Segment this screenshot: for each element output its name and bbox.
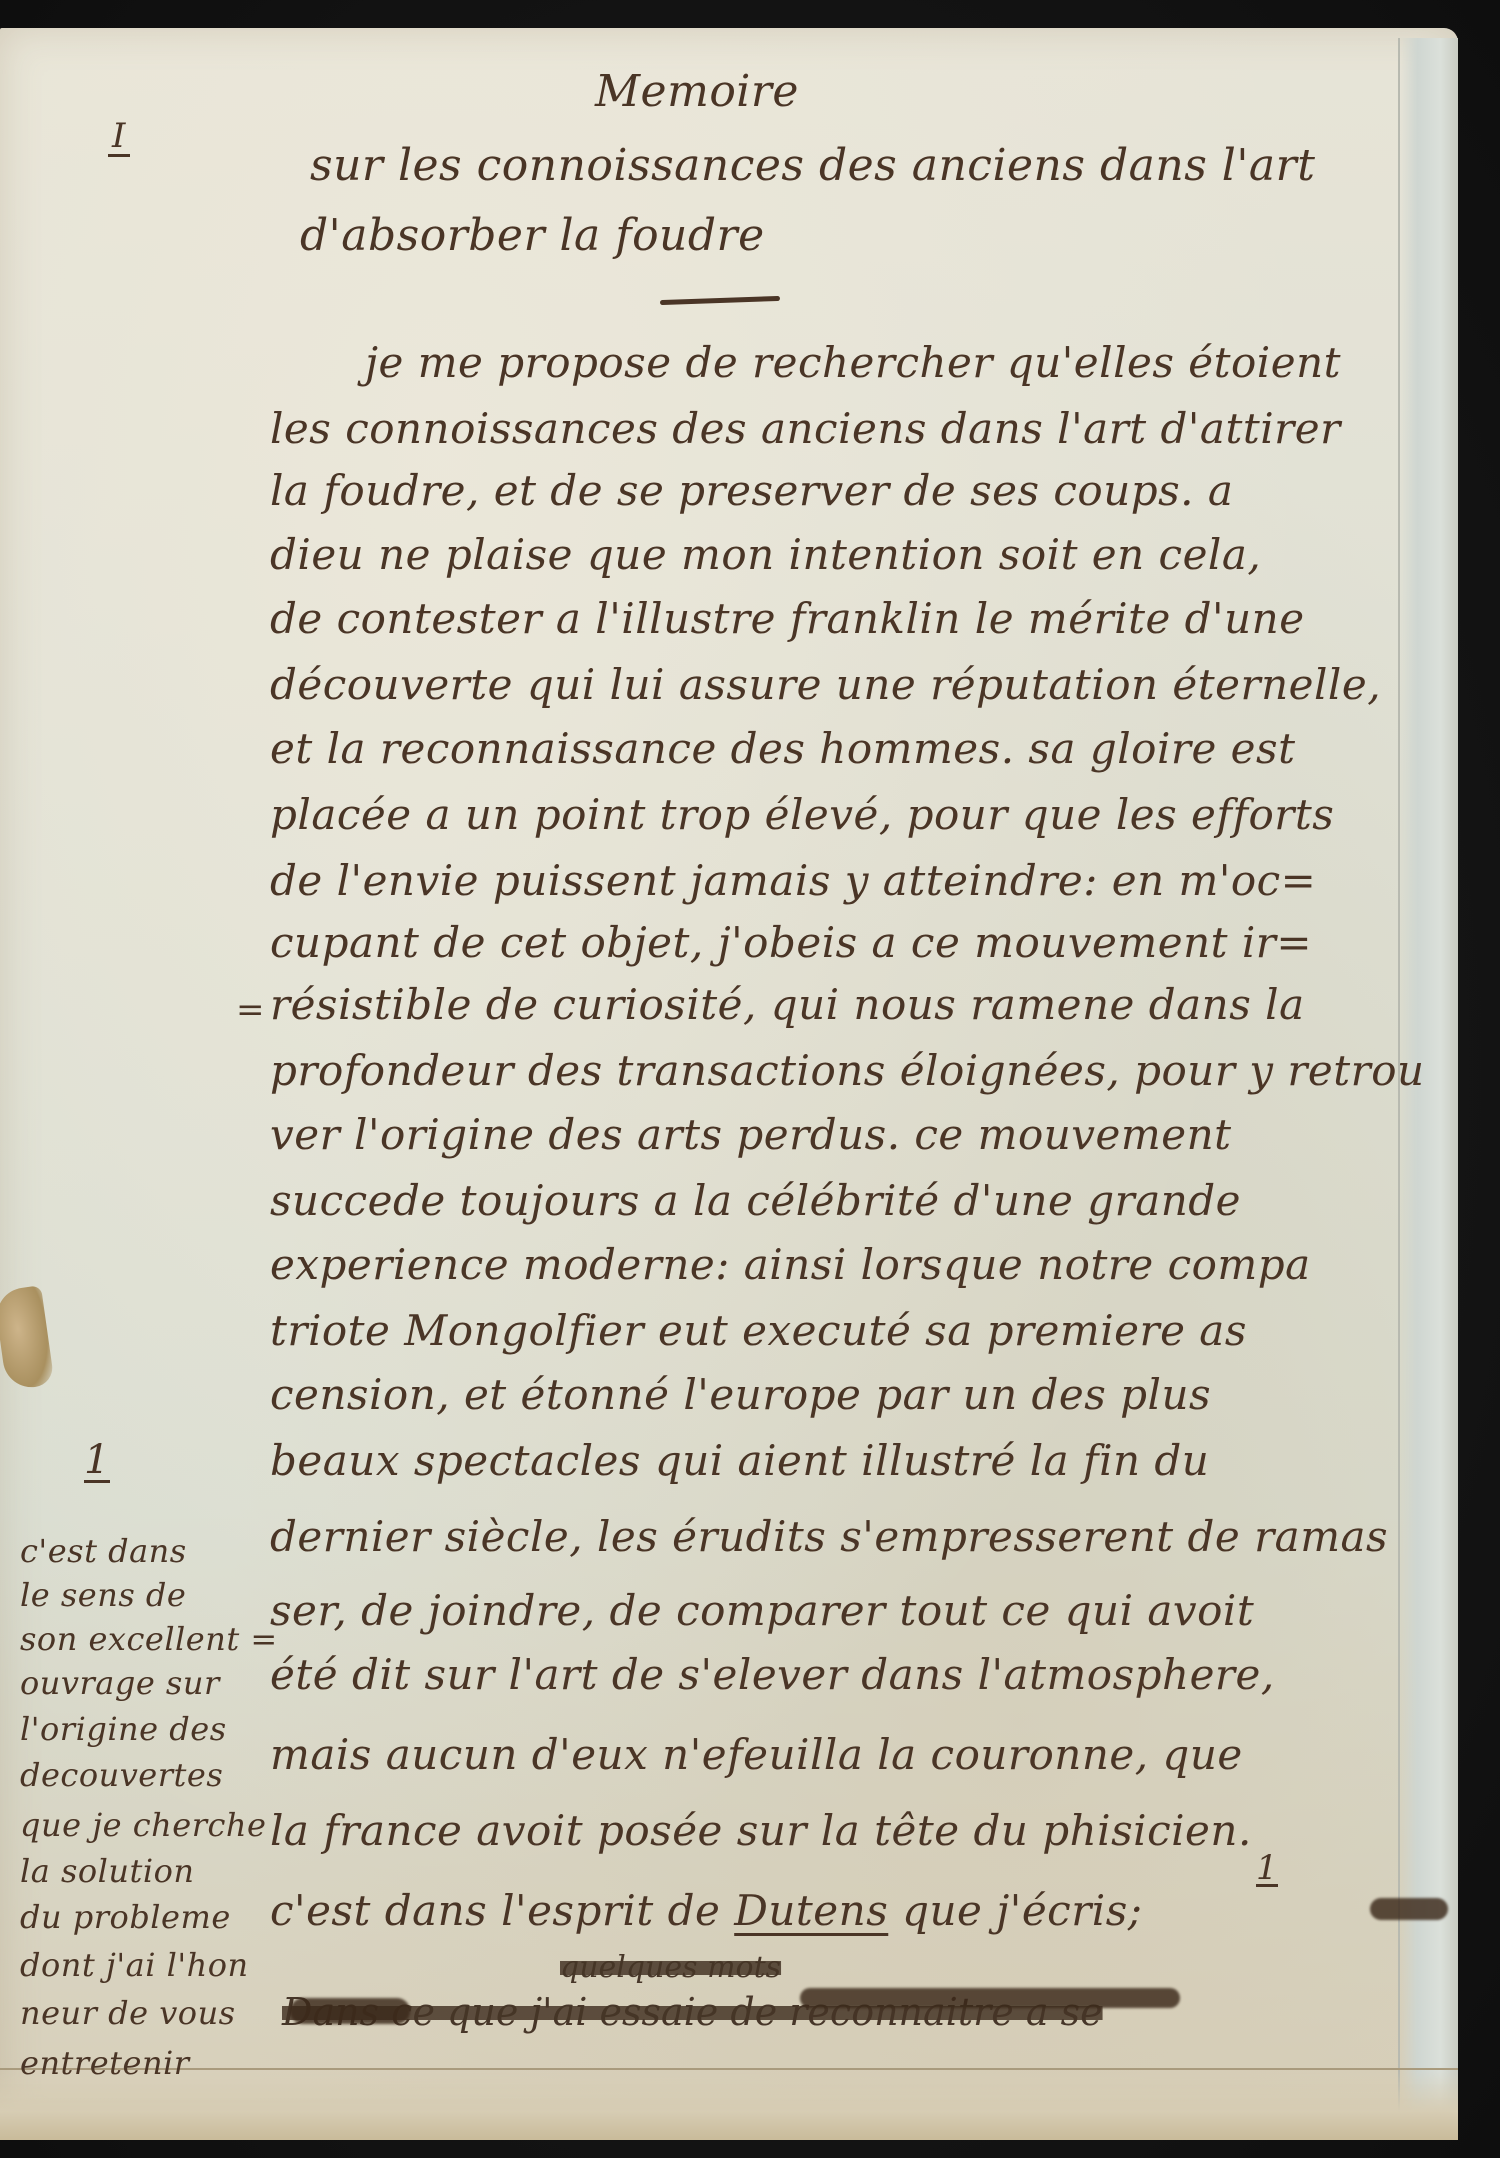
margin-note-line: son excellent =: [20, 1620, 278, 1658]
margin-note-line: l'origine des: [20, 1710, 227, 1748]
body-line: et la reconnaissance des hommes. sa gloi…: [270, 724, 1295, 773]
body-line: triote Mongolfier eut executé sa premier…: [270, 1306, 1247, 1355]
document-title: Memoire: [595, 66, 799, 117]
footnote-reference-inline: 1: [1256, 1852, 1278, 1887]
body-line: ver l'origine des arts perdus. ce mouvem…: [270, 1110, 1232, 1159]
margin-note-line: le sens de: [20, 1576, 186, 1614]
folio-number: I: [108, 118, 130, 157]
body-line: découverte qui lui assure une réputation…: [270, 660, 1381, 709]
margin-note-line: decouvertes: [20, 1756, 223, 1794]
body-line: mais aucun d'eux n'efeuilla la couronne,…: [270, 1730, 1243, 1779]
margin-note-line: entretenir: [20, 2044, 190, 2082]
body-line: résistible de curiosité, qui nous ramene…: [270, 980, 1305, 1029]
body-line: profondeur des transactions éloignées, p…: [270, 1046, 1425, 1095]
body-line-with-reference: c'est dans l'esprit de Dutens que j'écri…: [270, 1886, 1142, 1935]
body-line: dernier siècle, les érudits s'empressere…: [270, 1512, 1388, 1561]
body-line: de l'envie puissent jamais y atteindre: …: [270, 856, 1316, 905]
ink-scribble: [1370, 1898, 1448, 1920]
body-line: ser, de joindre, de comparer tout ce qui…: [270, 1586, 1254, 1635]
margin-note-line: ouvrage sur: [20, 1664, 220, 1702]
margin-note-line: dont j'ai l'hon: [20, 1946, 249, 1984]
margin-note-line: la solution: [20, 1852, 194, 1890]
body-line: succede toujours a la célébrité d'une gr…: [270, 1176, 1241, 1225]
body-line-text: c'est dans l'esprit de Dutens que j'écri…: [270, 1886, 1142, 1935]
body-line: de contester a l'illustre franklin le mé…: [270, 594, 1305, 643]
margin-note-line: c'est dans: [20, 1532, 187, 1570]
subtitle-line-1: sur les connoissances des anciens dans l…: [310, 140, 1315, 191]
struck-insertion: quelques mots: [560, 1950, 781, 1985]
body-line: les connoissances des anciens dans l'art…: [270, 404, 1341, 453]
body-line: été dit sur l'art de s'elever dans l'atm…: [270, 1650, 1275, 1699]
ink-scribble: [800, 1988, 1180, 2008]
body-line: experience moderne: ainsi lorsque notre …: [270, 1240, 1311, 1289]
page-edge-bottom: [0, 2068, 1458, 2140]
margin-note-line: que je cherche: [20, 1806, 266, 1844]
ink-scribble: [290, 1998, 410, 2024]
body-line: la france avoit posée sur la tête du phi…: [270, 1806, 1252, 1855]
body-line: beaux spectacles qui aient illustré la f…: [270, 1436, 1209, 1485]
body-line: dieu ne plaise que mon intention soit en…: [270, 530, 1261, 579]
hyphenation-mark: =: [236, 990, 265, 1030]
margin-note-line: neur de vous: [20, 1994, 236, 2032]
body-line: placée a un point trop élevé, pour que l…: [270, 790, 1334, 839]
body-line: cension, et étonné l'europe par un des p…: [270, 1370, 1211, 1419]
underlined-author-name: Dutens: [734, 1886, 888, 1935]
footnote-reference: 1: [84, 1440, 110, 1483]
body-line: la foudre, et de se preserver de ses cou…: [270, 466, 1233, 515]
margin-note-line: du probleme: [20, 1898, 231, 1936]
body-line: je me propose de rechercher qu'elles éto…: [365, 338, 1341, 387]
body-line: cupant de cet objet, j'obeis a ce mouvem…: [270, 918, 1312, 967]
subtitle-line-2: d'absorber la foudre: [300, 210, 765, 261]
